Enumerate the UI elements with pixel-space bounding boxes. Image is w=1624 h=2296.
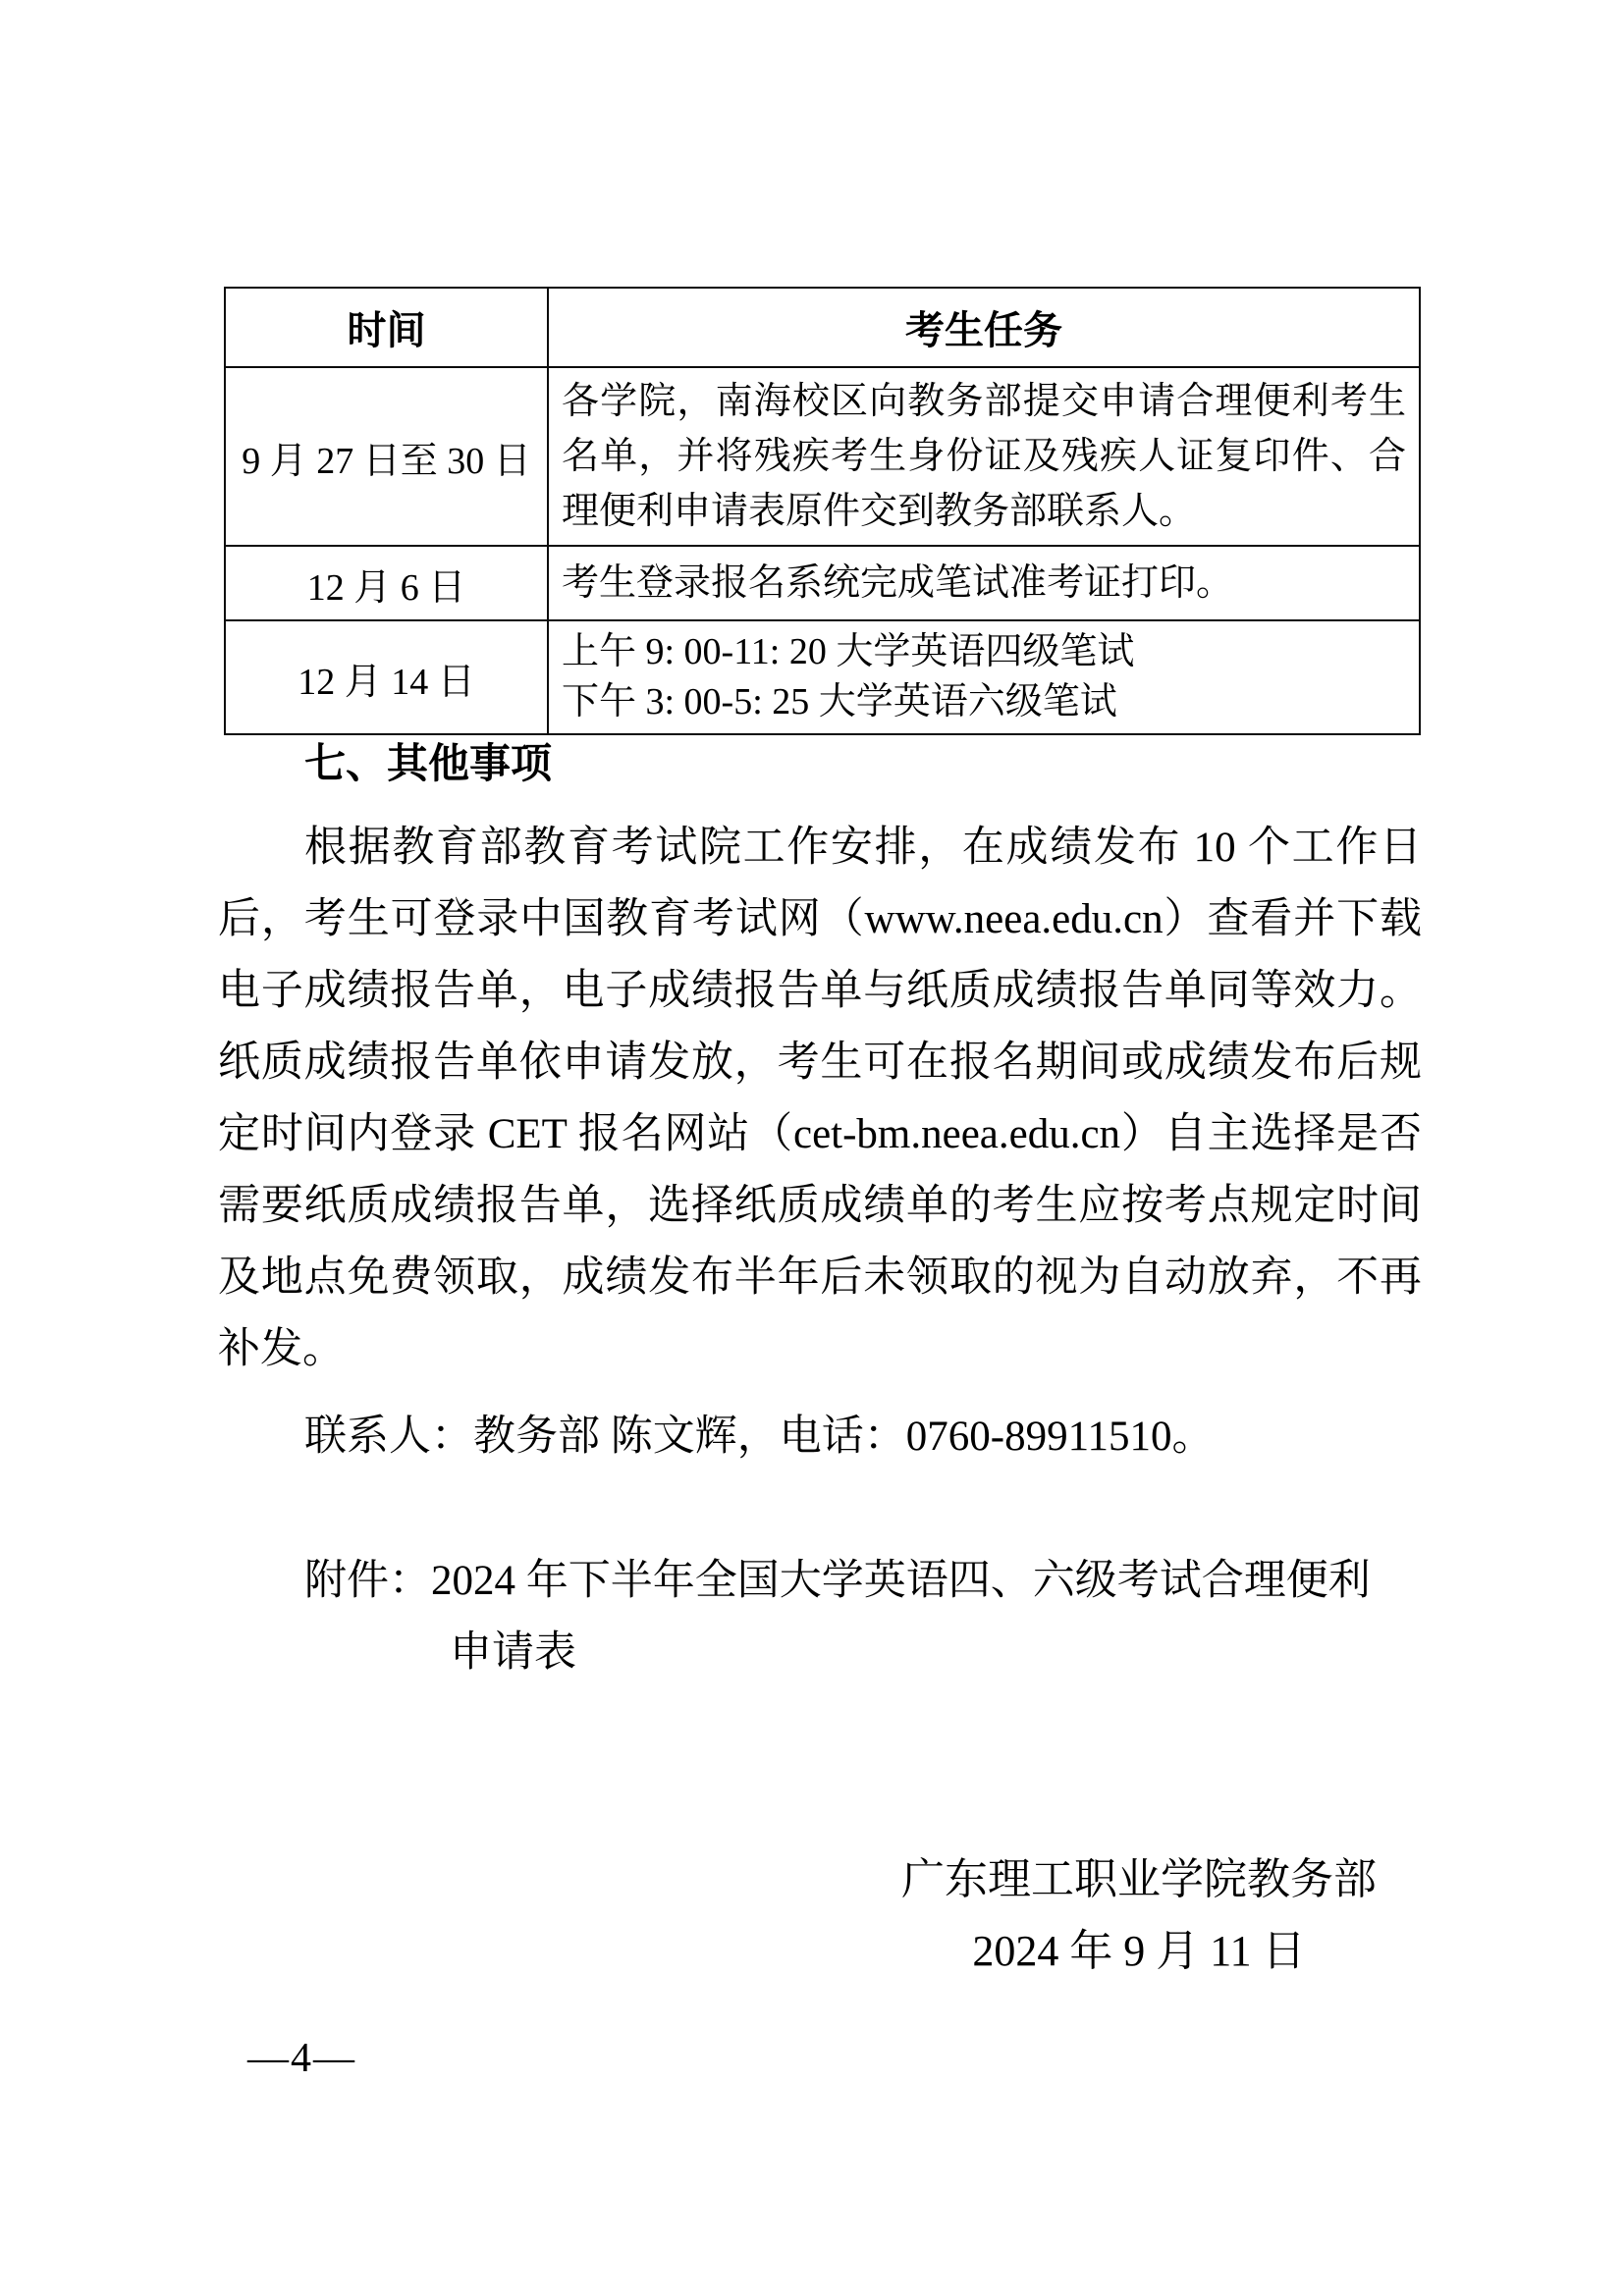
signature-org: 广东理工职业学院教务部 [835, 1843, 1443, 1915]
signature-block: 广东理工职业学院教务部 2024 年 9 月 11 日 [835, 1843, 1443, 1987]
signature-date: 2024 年 9 月 11 日 [835, 1915, 1443, 1987]
time-cell: 12 月 14 日 [225, 620, 548, 734]
document-page: 时间 考生任务 9 月 27 日至 30 日 各学院，南海校区向教务部提交申请合… [0, 0, 1624, 2296]
task-cell: 考生登录报名系统完成笔试准考证打印。 [548, 546, 1420, 620]
attachment-line-2: 申请表 [218, 1617, 1624, 1688]
contact-line: 联系人：教务部 陈文辉，电话：0760-89911510。 [218, 1401, 1508, 1472]
time-cell: 9 月 27 日至 30 日 [225, 367, 548, 546]
table-row: 12 月 6 日 考生登录报名系统完成笔试准考证打印。 [225, 546, 1420, 620]
time-cell: 12 月 6 日 [225, 546, 548, 620]
col-header-time: 时间 [225, 288, 548, 367]
task-line-afternoon: 下午 3: 00-5: 25 大学英语六级笔试 [562, 677, 1406, 727]
section-heading: 七、其他事项 [218, 734, 1508, 793]
task-cell: 各学院，南海校区向教务部提交申请合理便利考生名单，并将残疾考生身份证及残疾人证复… [548, 367, 1420, 546]
table-row: 9 月 27 日至 30 日 各学院，南海校区向教务部提交申请合理便利考生名单，… [225, 367, 1420, 546]
page-number: —4— [247, 2034, 356, 2083]
attachment-line-1: 附件：2024 年下半年全国大学英语四、六级考试合理便利 [218, 1545, 1508, 1617]
task-line-morning: 上午 9: 00-11: 20 大学英语四级笔试 [562, 627, 1406, 677]
task-cell: 上午 9: 00-11: 20 大学英语四级笔试 下午 3: 00-5: 25 … [548, 620, 1420, 734]
table-header-row: 时间 考生任务 [225, 288, 1420, 367]
main-paragraph: 根据教育部教育考试院工作安排，在成绩发布 10 个工作日后，考生可登录中国教育考… [218, 812, 1422, 1385]
col-header-task: 考生任务 [548, 288, 1420, 367]
table-row: 12 月 14 日 上午 9: 00-11: 20 大学英语四级笔试 下午 3:… [225, 620, 1420, 734]
schedule-table: 时间 考生任务 9 月 27 日至 30 日 各学院，南海校区向教务部提交申请合… [224, 287, 1421, 735]
